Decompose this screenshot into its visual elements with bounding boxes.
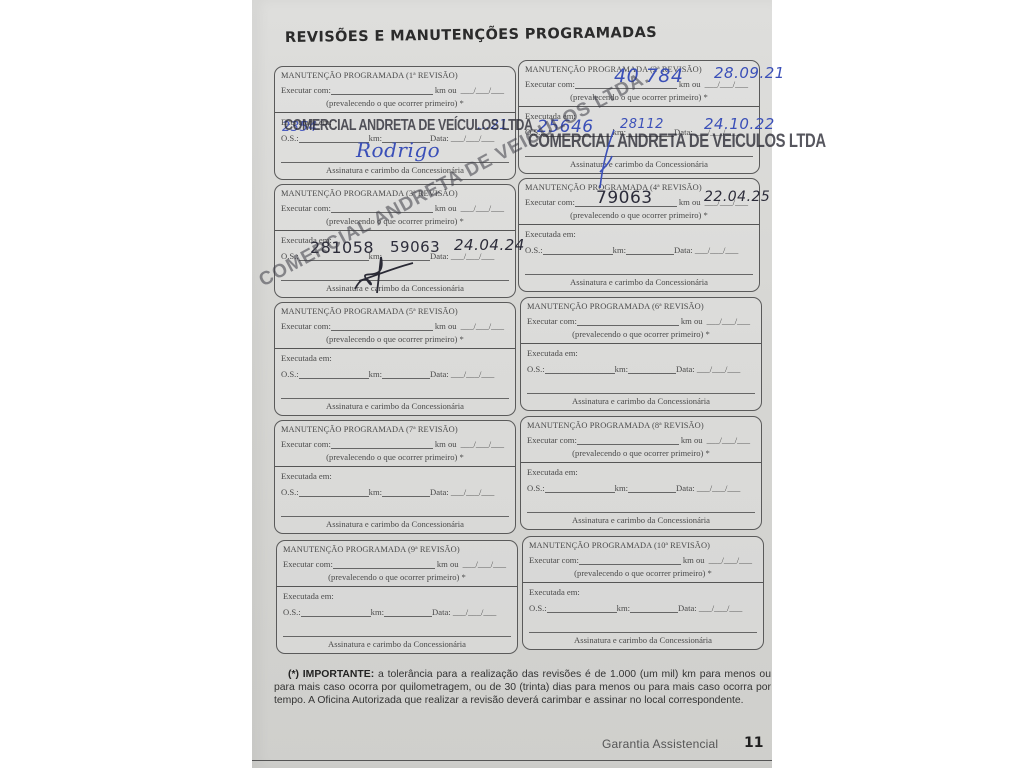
prevailing-note: (prevalecendo o que ocorrer primeiro) * bbox=[523, 568, 763, 578]
signature-label: Assinatura e carimbo da Concessionária bbox=[275, 519, 515, 529]
date-label: Data: bbox=[676, 364, 695, 374]
revision-box-5: MANUTENÇÃO PROGRAMADA (5ª REVISÃO)Execut… bbox=[274, 302, 516, 416]
execute-label: Executar com: bbox=[529, 555, 579, 565]
revision-box-6: MANUTENÇÃO PROGRAMADA (6ª REVISÃO)Execut… bbox=[520, 297, 762, 411]
os-field[interactable] bbox=[299, 370, 369, 379]
prevailing-note: (prevalecendo o que ocorrer primeiro) * bbox=[275, 98, 515, 108]
km-or-label: km ou bbox=[679, 197, 701, 207]
revision-header: MANUTENÇÃO PROGRAMADA (10ª REVISÃO) bbox=[529, 541, 710, 550]
execute-label: Executar com: bbox=[281, 439, 331, 449]
prevailing-note: (prevalecendo o que ocorrer primeiro) * bbox=[277, 572, 517, 582]
handwritten-execute-date-4: 22.04.25 bbox=[704, 189, 770, 205]
execute-label: Executar com: bbox=[283, 559, 333, 569]
revision-box-9: MANUTENÇÃO PROGRAMADA (9ª REVISÃO)Execut… bbox=[276, 540, 518, 654]
prevailing-note: (prevalecendo o que ocorrer primeiro) * bbox=[521, 448, 761, 458]
signature-stroke-2 bbox=[592, 100, 622, 190]
execute-km-field[interactable] bbox=[577, 317, 679, 326]
execute-label: Executar com: bbox=[527, 316, 577, 326]
os-label: O.S.: bbox=[527, 483, 545, 493]
signature-label: Assinatura e carimbo da Concessionária bbox=[521, 515, 761, 525]
executed-on-label: Executada em: bbox=[529, 587, 580, 597]
execute-row: Executar com:km ou___/___/___ bbox=[527, 316, 755, 326]
km-field[interactable] bbox=[628, 365, 676, 374]
executed-on-label: Executada em: bbox=[525, 229, 576, 239]
os-label: O.S.: bbox=[283, 607, 301, 617]
date-field[interactable]: ___/___/___ bbox=[451, 487, 494, 497]
handwritten-km-3: 59063 bbox=[390, 238, 440, 256]
revision-header: MANUTENÇÃO PROGRAMADA (5ª REVISÃO) bbox=[281, 307, 458, 316]
execute-km-field[interactable] bbox=[579, 556, 681, 565]
execute-km-field[interactable] bbox=[331, 322, 433, 331]
km-or-label: km ou bbox=[681, 316, 703, 326]
prevailing-note: (prevalecendo o que ocorrer primeiro) * bbox=[275, 452, 515, 462]
execute-label: Executar com: bbox=[281, 85, 331, 95]
os-field[interactable] bbox=[547, 604, 617, 613]
signature-label: Assinatura e carimbo da Concessionária bbox=[521, 396, 761, 406]
revision-box-8: MANUTENÇÃO PROGRAMADA (8ª REVISÃO)Execut… bbox=[520, 416, 762, 530]
execute-date-field[interactable]: ___/___/___ bbox=[707, 316, 750, 326]
execute-km-field[interactable] bbox=[331, 440, 433, 449]
execute-date-field[interactable]: ___/___/___ bbox=[461, 439, 504, 449]
signature-line bbox=[527, 393, 755, 394]
date-field[interactable]: ___/___/___ bbox=[697, 364, 740, 374]
os-label: O.S.: bbox=[281, 487, 299, 497]
page-title: REVISÕES E MANUTENÇÕES PROGRAMADAS bbox=[285, 25, 657, 46]
importante-note: (*) IMPORTANTE: a tolerância para a real… bbox=[274, 668, 771, 707]
revision-header: MANUTENÇÃO PROGRAMADA (1ª REVISÃO) bbox=[281, 71, 458, 80]
signature-scribble-3 bbox=[347, 255, 417, 295]
km-or-label: km ou bbox=[435, 203, 457, 213]
dealer-stamp-2: COMERCIAL ANDRETA DE VEICULOS LTDA bbox=[528, 131, 826, 153]
km-label: km: bbox=[369, 487, 382, 497]
date-field[interactable]: ___/___/___ bbox=[695, 245, 738, 255]
execute-km-field[interactable] bbox=[577, 436, 679, 445]
os-field[interactable] bbox=[545, 365, 615, 374]
os-row: O.S.:km:Data: ___/___/___ bbox=[529, 603, 757, 613]
date-field[interactable]: ___/___/___ bbox=[453, 607, 496, 617]
signature-label: Assinatura e carimbo da Concessionária bbox=[523, 635, 763, 645]
box-divider bbox=[521, 343, 761, 344]
execute-label: Executar com: bbox=[525, 79, 575, 89]
executed-on-label: Executada em: bbox=[527, 348, 578, 358]
km-label: km: bbox=[613, 245, 626, 255]
date-label: Data: bbox=[430, 487, 449, 497]
execute-label: Executar com: bbox=[527, 435, 577, 445]
date-field[interactable]: ___/___/___ bbox=[697, 483, 740, 493]
execute-date-field[interactable]: ___/___/___ bbox=[461, 321, 504, 331]
os-row: O.S.:km:Data: ___/___/___ bbox=[283, 607, 511, 617]
km-or-label: km ou bbox=[437, 559, 459, 569]
signature-line bbox=[529, 632, 757, 633]
os-field[interactable] bbox=[543, 246, 613, 255]
execute-label: Executar com: bbox=[525, 197, 575, 207]
box-divider bbox=[275, 230, 515, 231]
signature-label: Assinatura e carimbo da Concessionária bbox=[519, 159, 759, 169]
os-label: O.S.: bbox=[527, 364, 545, 374]
os-field[interactable] bbox=[301, 608, 371, 617]
handwritten-km-2: 28112 bbox=[620, 117, 664, 132]
prevailing-note: (prevalecendo o que ocorrer primeiro) * bbox=[275, 334, 515, 344]
km-label: km: bbox=[369, 369, 382, 379]
dealer-stamp-1: COMERCIAL ANDRETA DE VEÍCULOS LTDA bbox=[284, 117, 533, 135]
box-divider bbox=[275, 466, 515, 467]
os-field[interactable] bbox=[545, 484, 615, 493]
execute-row: Executar com:km ou___/___/___ bbox=[281, 85, 509, 95]
signature-label: Assinatura e carimbo da Concessionária bbox=[277, 639, 517, 649]
prevailing-note: (prevalecendo o que ocorrer primeiro) * bbox=[519, 210, 759, 220]
handwritten-date-3: 24.04.24 bbox=[454, 236, 525, 254]
page-number: 11 bbox=[744, 735, 763, 751]
os-field[interactable] bbox=[299, 488, 369, 497]
km-field[interactable] bbox=[628, 484, 676, 493]
os-row: O.S.:km:Data: ___/___/___ bbox=[527, 364, 755, 374]
box-divider bbox=[519, 224, 759, 225]
execute-date-field[interactable]: ___/___/___ bbox=[461, 203, 504, 213]
footer-section-title: Garantia Assistencial bbox=[602, 737, 718, 751]
date-label: Data: bbox=[676, 483, 695, 493]
execute-row: Executar com:km ou___/___/___ bbox=[281, 321, 509, 331]
executed-on-label: Executada em: bbox=[281, 471, 332, 481]
date-field[interactable]: ___/___/___ bbox=[451, 369, 494, 379]
execute-row: Executar com:km ou___/___/___ bbox=[527, 435, 755, 445]
revision-header: MANUTENÇÃO PROGRAMADA (8ª REVISÃO) bbox=[527, 421, 704, 430]
km-or-label: km ou bbox=[435, 321, 457, 331]
km-field[interactable] bbox=[630, 604, 678, 613]
box-divider bbox=[519, 106, 759, 107]
handwritten-execute-date-2: 28.09.21 bbox=[714, 64, 785, 82]
note-lead: (*) IMPORTANTE: bbox=[288, 669, 374, 680]
km-or-label: km ou bbox=[435, 85, 457, 95]
box-divider bbox=[275, 348, 515, 349]
date-label: Data: bbox=[674, 245, 693, 255]
box-divider bbox=[277, 586, 517, 587]
km-label: km: bbox=[615, 364, 628, 374]
os-row: O.S.:km:Data: ___/___/___ bbox=[281, 369, 509, 379]
execute-date-field[interactable]: ___/___/___ bbox=[707, 435, 750, 445]
execute-row: Executar com:km ou___/___/___ bbox=[281, 439, 509, 449]
signature-line bbox=[527, 512, 755, 513]
signature-label: Assinatura e carimbo da Concessionária bbox=[519, 277, 759, 287]
os-row: O.S.:km:Data: ___/___/___ bbox=[525, 245, 753, 255]
executed-on-label: Executada em: bbox=[281, 353, 332, 363]
date-label: Data: bbox=[430, 369, 449, 379]
execute-date-field[interactable]: ___/___/___ bbox=[461, 85, 504, 95]
box-divider bbox=[521, 462, 761, 463]
km-field[interactable] bbox=[382, 370, 430, 379]
execute-date-field[interactable]: ___/___/___ bbox=[463, 559, 506, 569]
revision-header: MANUTENÇÃO PROGRAMADA (9ª REVISÃO) bbox=[283, 545, 460, 554]
signature-line bbox=[281, 516, 509, 517]
km-field[interactable] bbox=[382, 488, 430, 497]
date-label: Data: bbox=[678, 603, 697, 613]
os-label: O.S.: bbox=[525, 245, 543, 255]
execute-label: Executar com: bbox=[281, 203, 331, 213]
execute-label: Executar com: bbox=[281, 321, 331, 331]
km-field[interactable] bbox=[384, 608, 432, 617]
os-row: O.S.:km:Data: ___/___/___ bbox=[527, 483, 755, 493]
km-field[interactable] bbox=[626, 246, 674, 255]
signature-label: Assinatura e carimbo da Concessionária bbox=[275, 401, 515, 411]
handwritten-signature-1: Rodrigo bbox=[356, 138, 440, 162]
os-label: O.S.: bbox=[529, 603, 547, 613]
box-divider bbox=[523, 582, 763, 583]
km-label: km: bbox=[617, 603, 630, 613]
km-or-label: km ou bbox=[681, 435, 703, 445]
execute-km-field[interactable] bbox=[333, 560, 435, 569]
execute-km-field[interactable] bbox=[331, 86, 433, 95]
execute-row: Executar com:km ou___/___/___ bbox=[529, 555, 757, 565]
prevailing-note: (prevalecendo o que ocorrer primeiro) * bbox=[521, 329, 761, 339]
os-label: O.S.: bbox=[281, 369, 299, 379]
revision-header: MANUTENÇÃO PROGRAMADA (7ª REVISÃO) bbox=[281, 425, 458, 434]
signature-line bbox=[281, 398, 509, 399]
revision-box-10: MANUTENÇÃO PROGRAMADA (10ª REVISÃO)Execu… bbox=[522, 536, 764, 650]
km-or-label: km ou bbox=[435, 439, 457, 449]
date-label: Data: bbox=[432, 607, 451, 617]
revision-header: MANUTENÇÃO PROGRAMADA (6ª REVISÃO) bbox=[527, 302, 704, 311]
executed-on-label: Executada em: bbox=[283, 591, 334, 601]
execute-row: Executar com:km ou___/___/___ bbox=[283, 559, 511, 569]
revision-box-7: MANUTENÇÃO PROGRAMADA (7ª REVISÃO)Execut… bbox=[274, 420, 516, 534]
signature-line bbox=[283, 636, 511, 637]
booklet-page: REVISÕES E MANUTENÇÕES PROGRAMADAS MANUT… bbox=[252, 0, 772, 768]
execute-date-field[interactable]: ___/___/___ bbox=[709, 555, 752, 565]
date-field[interactable]: ___/___/___ bbox=[699, 603, 742, 613]
box-divider bbox=[275, 112, 515, 113]
km-or-label: km ou bbox=[683, 555, 705, 565]
signature-line bbox=[525, 156, 753, 157]
km-label: km: bbox=[371, 607, 384, 617]
footer-rule bbox=[252, 760, 772, 761]
signature-line bbox=[525, 274, 753, 275]
km-label: km: bbox=[615, 483, 628, 493]
os-row: O.S.:km:Data: ___/___/___ bbox=[281, 487, 509, 497]
handwritten-execute-km-4: 79063 bbox=[596, 188, 653, 208]
executed-on-label: Executada em: bbox=[527, 467, 578, 477]
